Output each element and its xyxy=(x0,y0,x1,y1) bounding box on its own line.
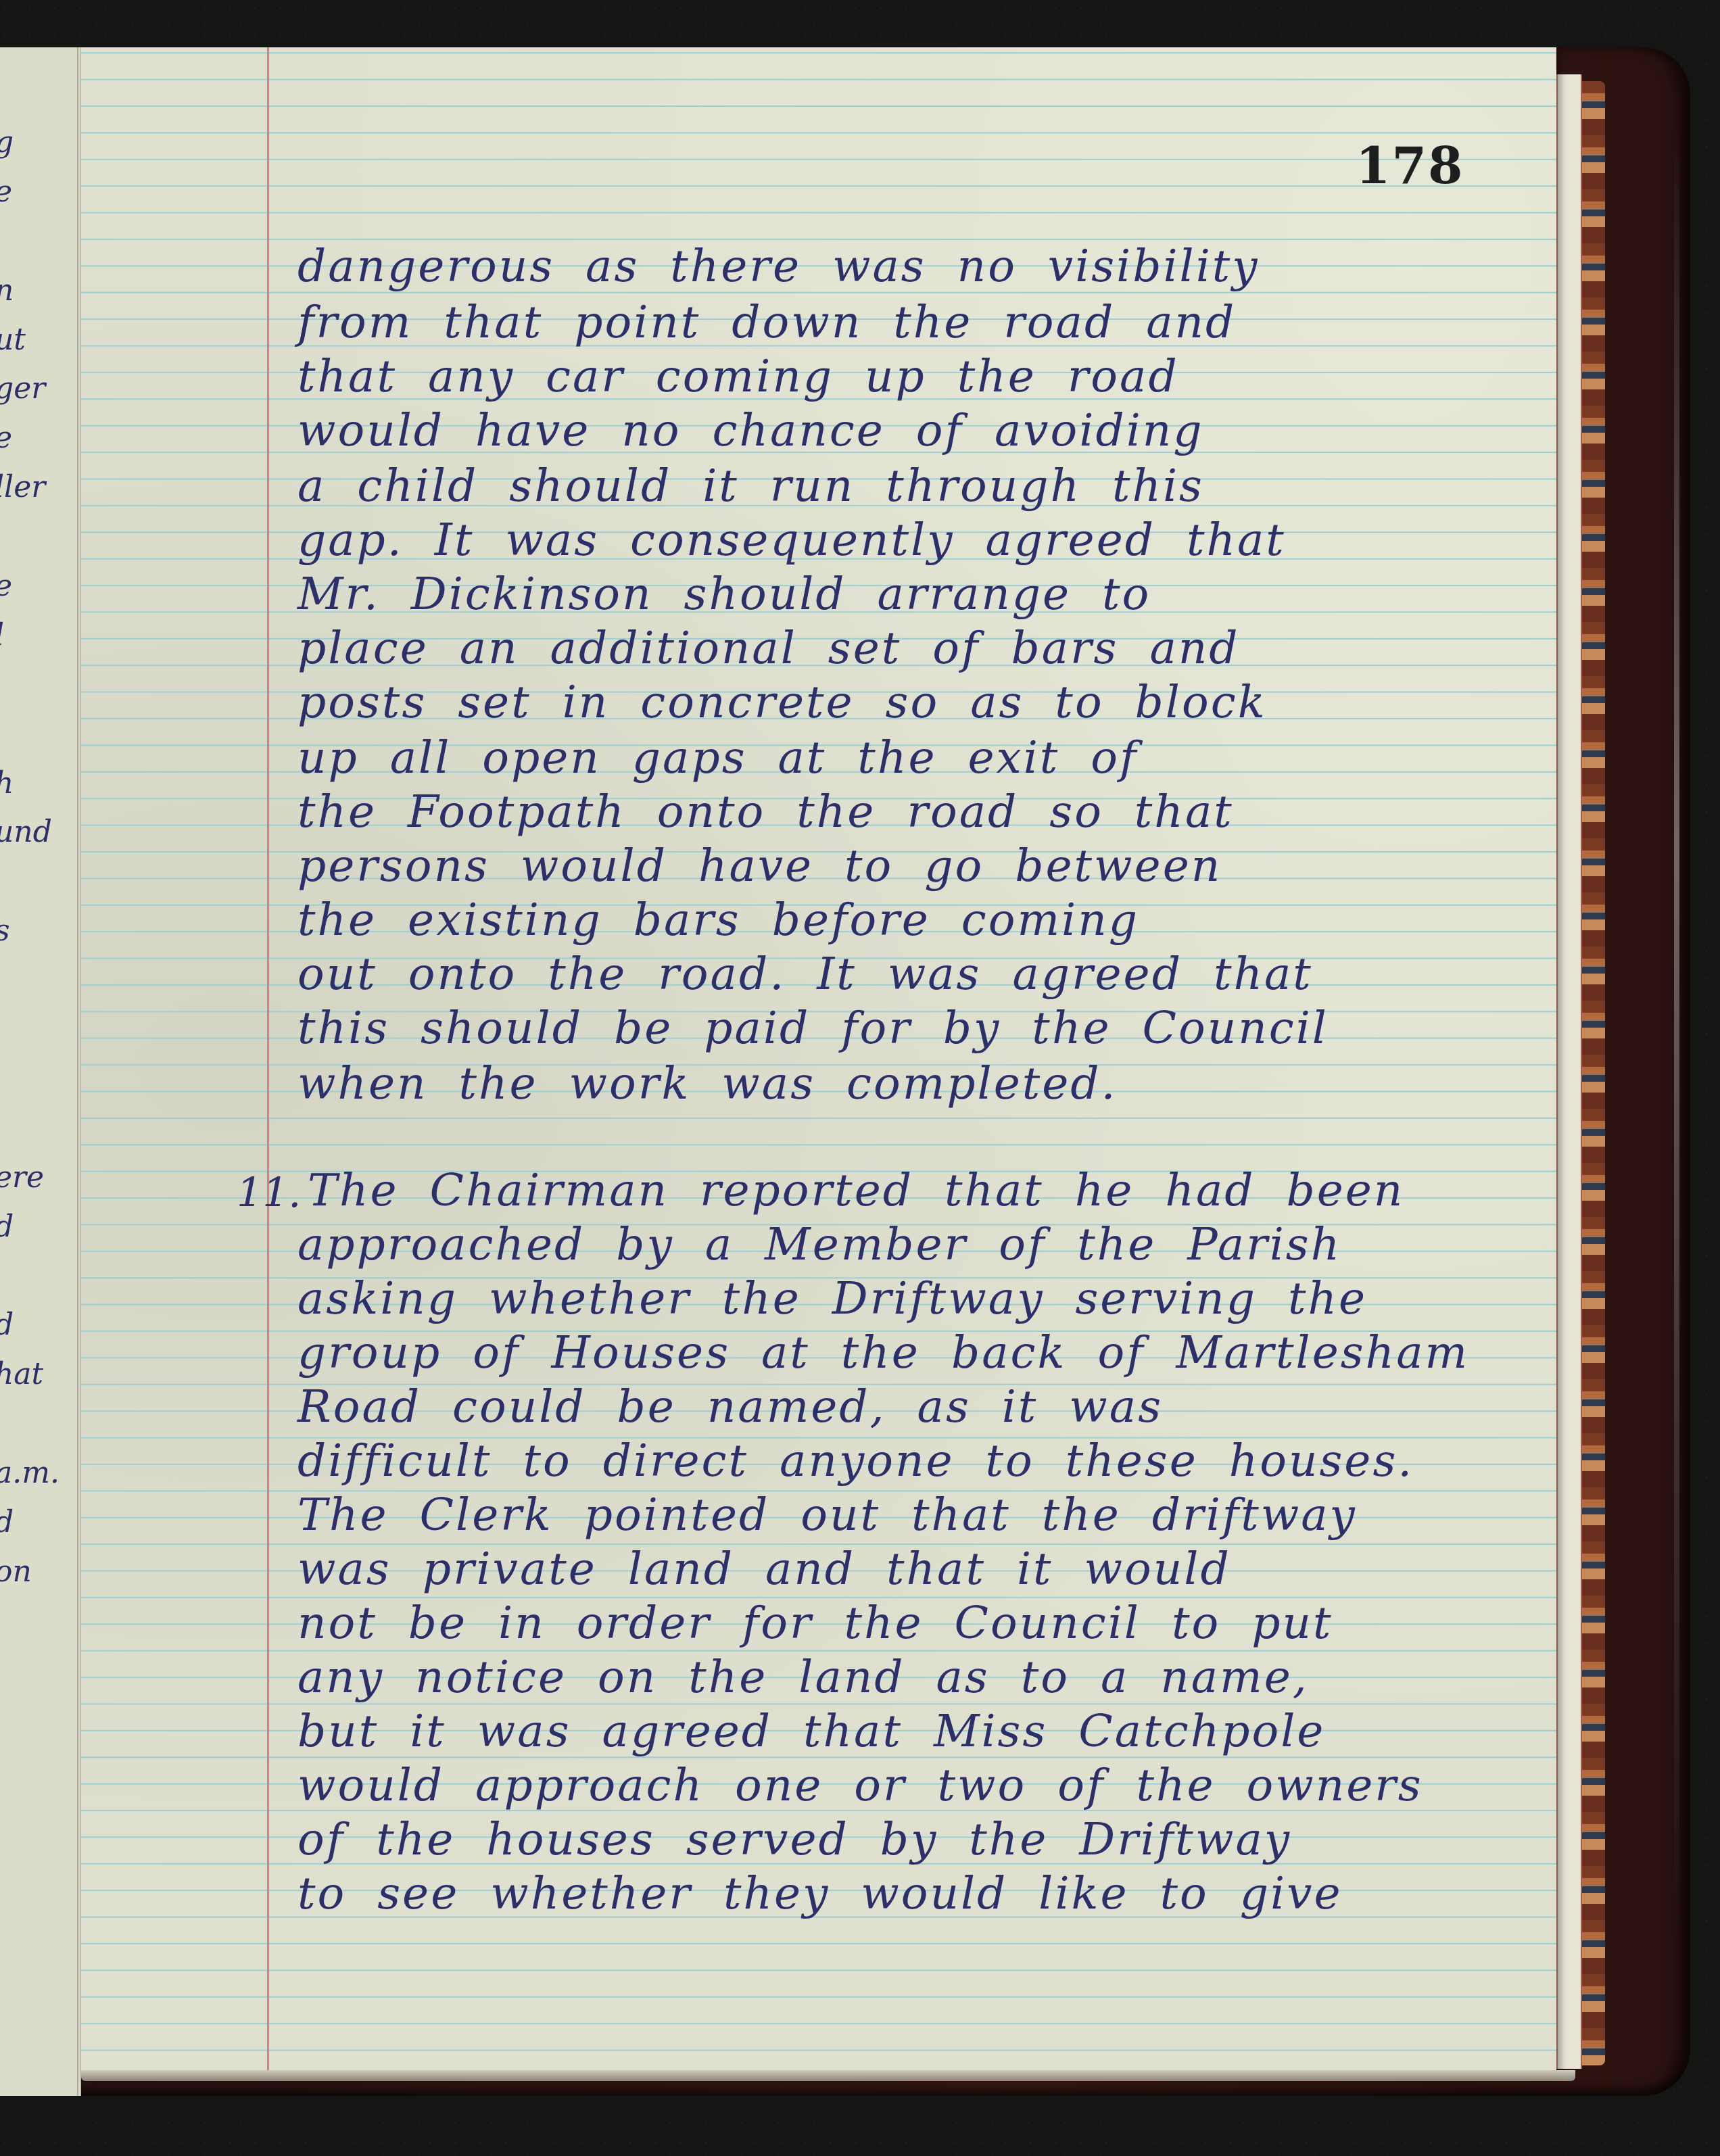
left-page-fragment: d xyxy=(0,1308,14,1342)
cover-edge-highlight xyxy=(1674,122,1679,1947)
text-line: dangerous as there was no visibility xyxy=(297,240,1260,292)
text-line: out onto the road. It was agreed that xyxy=(297,948,1313,1000)
left-page-fragment: d xyxy=(0,1209,14,1244)
left-page-fragment: ger xyxy=(0,371,45,406)
text-line: Road could be named, as it was xyxy=(297,1381,1163,1433)
left-page-fragment: e xyxy=(0,174,12,209)
text-line: when the work was completed. xyxy=(297,1057,1118,1109)
text-line: the existing bars before coming xyxy=(297,894,1139,946)
left-page-fragment: a.m. xyxy=(0,1456,59,1490)
text-line: was private land and that it would xyxy=(297,1543,1231,1595)
text-line: place an additional set of bars and xyxy=(297,622,1239,674)
left-page-fragment: n xyxy=(0,273,14,308)
text-line: The Chairman reported that he had been xyxy=(308,1164,1404,1216)
left-page-fragment: e xyxy=(0,569,12,603)
left-page-fragment: und xyxy=(0,815,52,849)
left-page-fragment: ller xyxy=(0,470,45,504)
text-line: Mr. Dickinson should arrange to xyxy=(297,568,1151,620)
text-line: The Clerk pointed out that the driftway xyxy=(297,1489,1357,1541)
left-page-fragment: g xyxy=(0,125,14,160)
text-line: a child should it run through this xyxy=(297,460,1204,512)
left-page-fragment: l xyxy=(0,618,4,652)
text-line: posts set in concrete so as to block xyxy=(297,676,1267,728)
text-line: gap. It was consequently agreed that xyxy=(297,514,1286,566)
text-line: asking whether the Driftway serving the xyxy=(297,1272,1367,1324)
text-line: not be in order for the Council to put xyxy=(297,1597,1333,1649)
text-line: would approach one or two of the owners xyxy=(297,1759,1423,1811)
left-page-fragment: hat xyxy=(0,1357,43,1391)
left-page-fragment: d xyxy=(0,1505,14,1539)
text-line: of the houses served by the Driftway xyxy=(297,1813,1291,1865)
text-line: would have no chance of avoiding xyxy=(297,404,1204,456)
left-page-fragment: s xyxy=(0,913,10,948)
margin-line xyxy=(267,47,269,2076)
left-page: genutgerellerelhundsereddhata.m.don xyxy=(0,47,80,2096)
text-line: approached by a Member of the Parish xyxy=(297,1218,1341,1270)
left-page-fragment: on xyxy=(0,1554,32,1589)
left-page-fragment: h xyxy=(0,766,14,800)
page-stack-edges xyxy=(1555,74,1582,2069)
page-bottom-edge xyxy=(81,2070,1575,2081)
right-page: 178 dangerous as there was no visibility… xyxy=(81,47,1556,2076)
text-line: to see whether they would like to give xyxy=(297,1867,1343,1919)
text-line: group of Houses at the back of Martlesha… xyxy=(297,1326,1469,1379)
text-line: this should be paid for by the Council xyxy=(297,1002,1329,1054)
text-line: up all open gaps at the exit of xyxy=(297,732,1138,784)
text-line: difficult to direct anyone to these hous… xyxy=(297,1435,1414,1487)
page-stack-marbled-edge xyxy=(1579,81,1605,2065)
text-line: from that point down the road and xyxy=(297,296,1236,348)
text-line: but it was agreed that Miss Catchpole xyxy=(297,1705,1325,1757)
left-page-fragment: ut xyxy=(0,322,26,357)
text-line: persons would have to go between xyxy=(297,840,1222,892)
item-number: 11. xyxy=(237,1170,301,1217)
text-line: the Footpath onto the road so that xyxy=(297,786,1234,838)
page-number: 178 xyxy=(1356,137,1464,195)
text-line: that any car coming up the road xyxy=(297,350,1179,402)
left-page-fragment: e xyxy=(0,421,12,455)
text-line: any notice on the land as to a name, xyxy=(297,1651,1309,1703)
left-page-fragment: ere xyxy=(0,1160,44,1195)
